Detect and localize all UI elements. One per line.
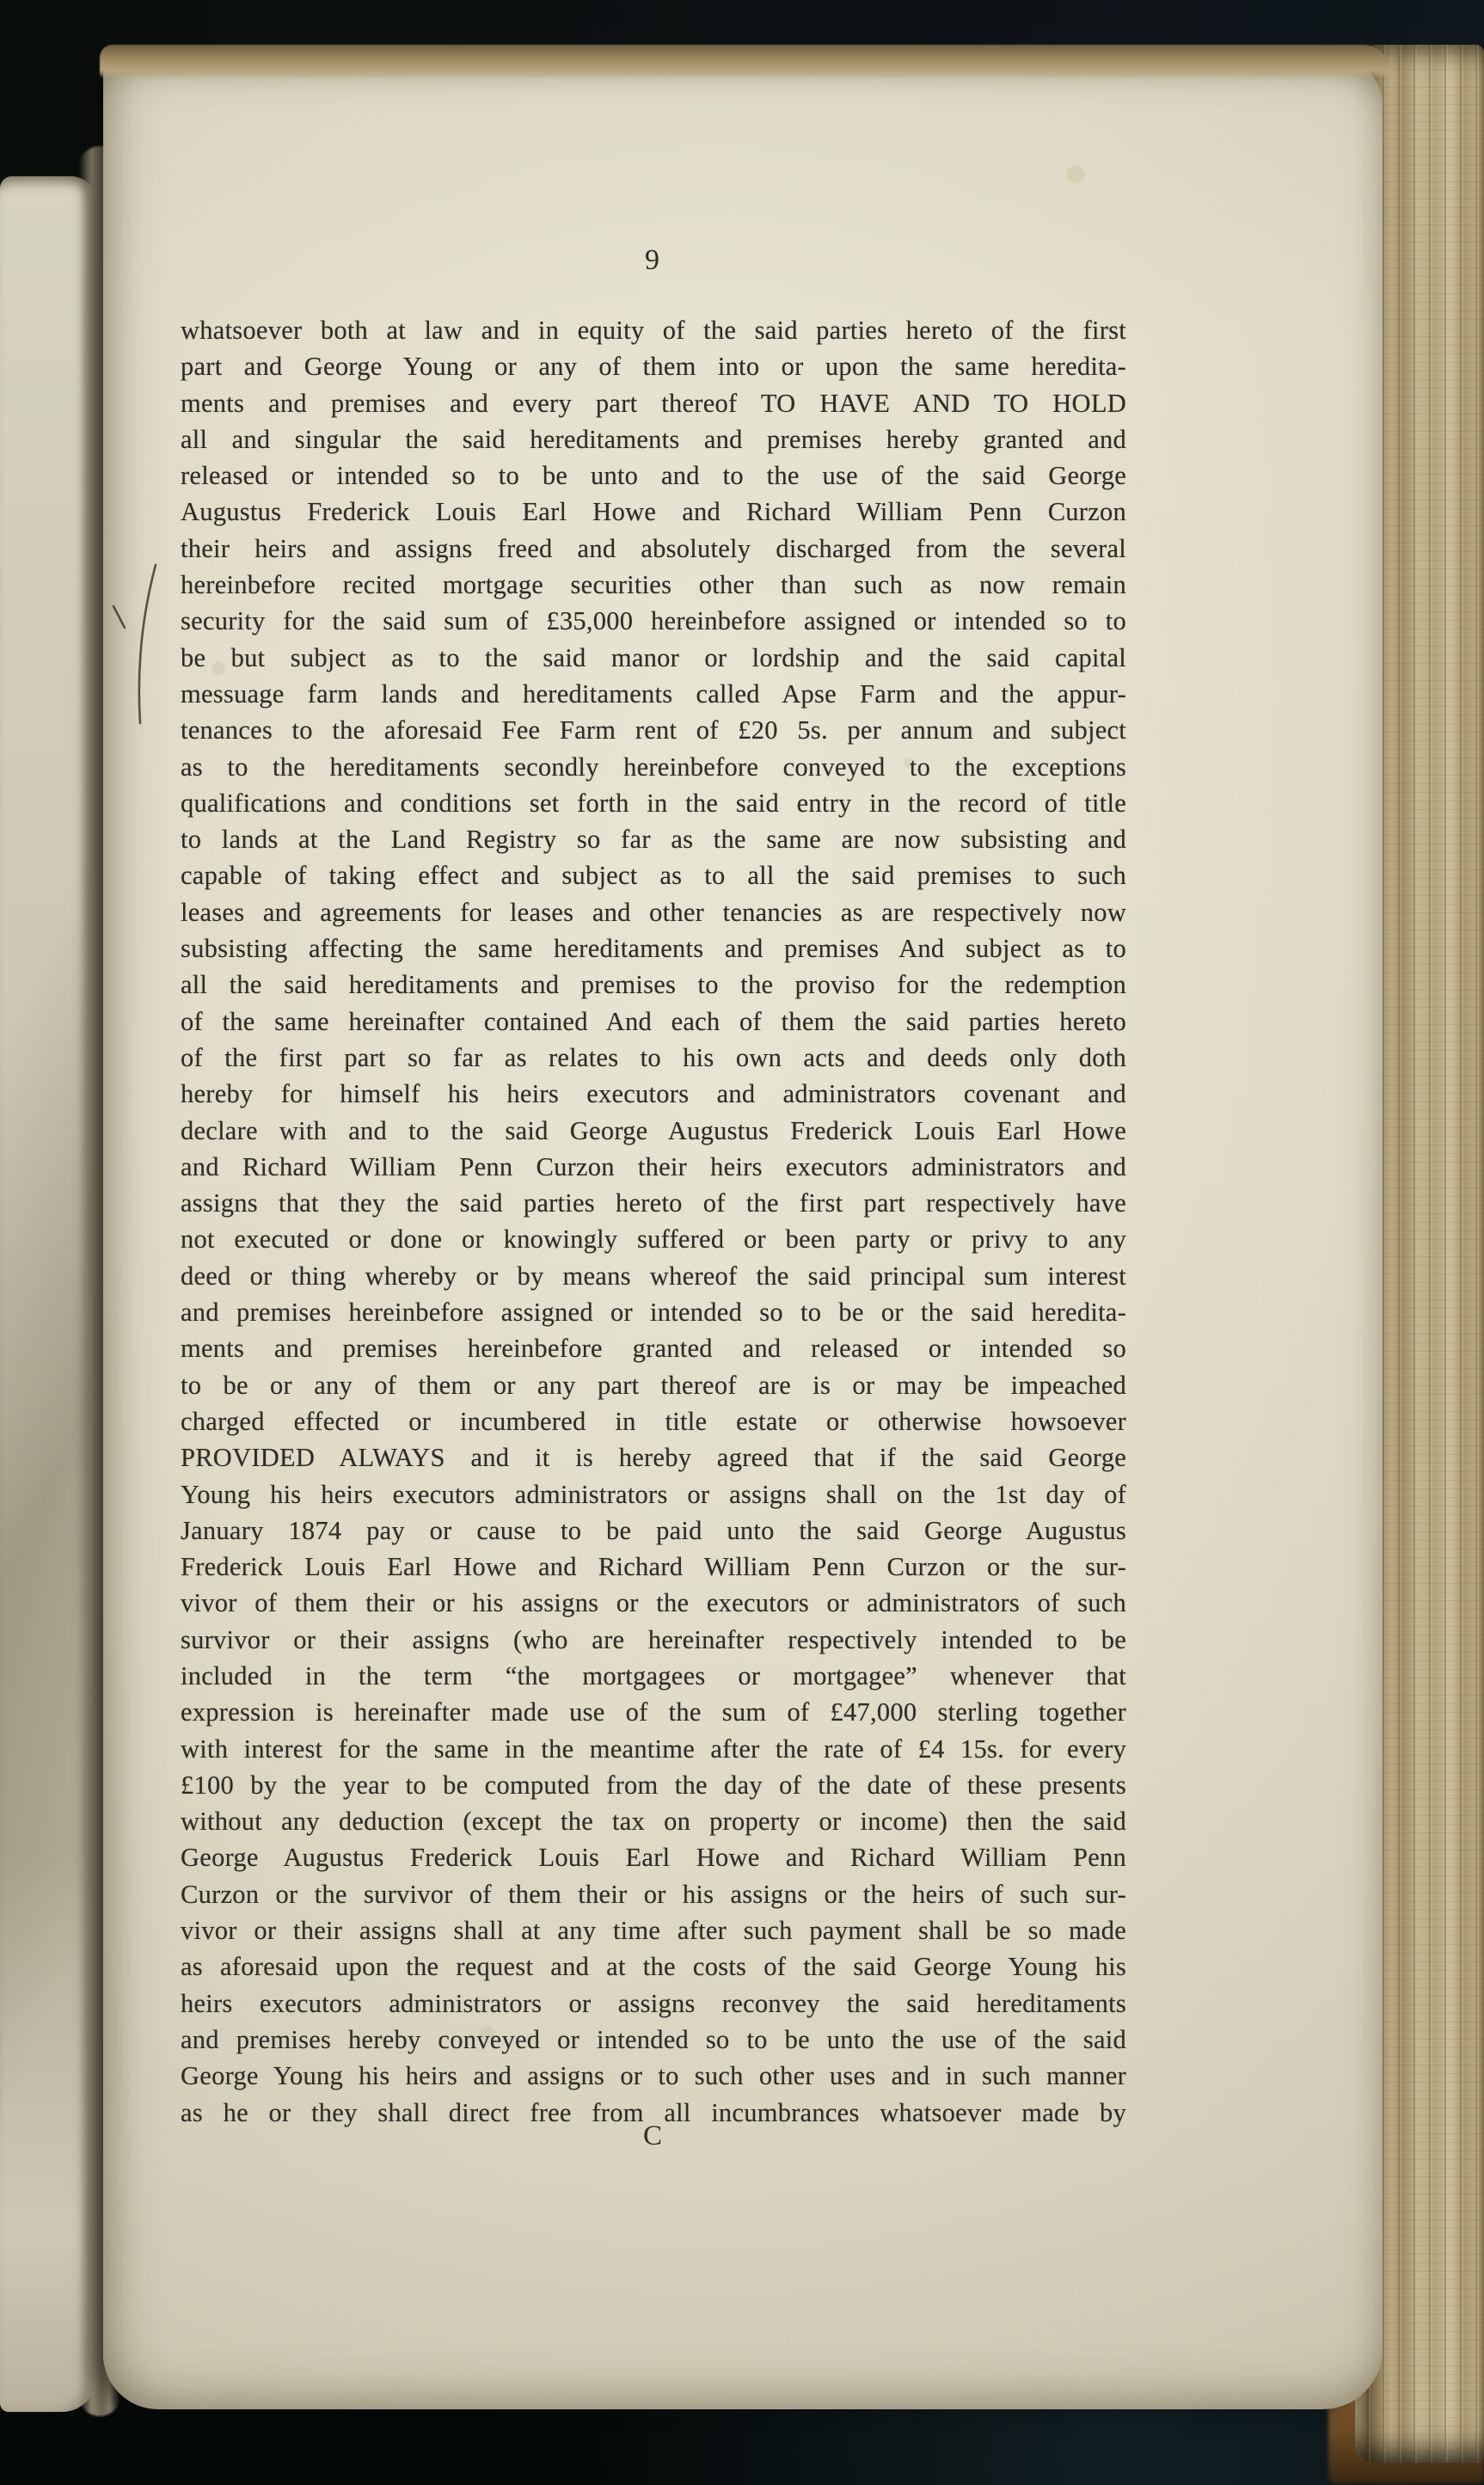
- page-number: 9: [181, 244, 1125, 277]
- text-line: deed or thing whereby or by means whereo…: [181, 1258, 1126, 1294]
- text-line: vivor of them their or his assigns or th…: [181, 1585, 1126, 1621]
- body-text-block: whatsoever both at law and in equity of …: [181, 312, 1126, 2131]
- text-line: as to the hereditaments secondly hereinb…: [181, 749, 1126, 785]
- text-line: Augustus Frederick Louis Earl Howe and R…: [181, 494, 1126, 530]
- catchword: C: [181, 2120, 1125, 2152]
- text-line: without any deduction (except the tax on…: [181, 1803, 1126, 1839]
- text-line: with interest for the same in the meanti…: [181, 1731, 1126, 1767]
- text-line: PROVIDED ALWAYS and it is hereby agreed …: [181, 1439, 1126, 1476]
- text-line: subsisting affecting the same hereditame…: [181, 930, 1126, 966]
- text-line: hereby for himself his heirs executors a…: [181, 1076, 1126, 1112]
- text-line: George Augustus Frederick Louis Earl How…: [181, 1839, 1126, 1875]
- text-line: and premises hereinbefore assigned or in…: [181, 1294, 1126, 1330]
- text-line: January 1874 pay or cause to be paid unt…: [181, 1512, 1126, 1549]
- text-line: to lands at the Land Registry so far as …: [181, 821, 1126, 857]
- text-line: part and George Young or any of them int…: [181, 348, 1126, 384]
- text-line: Young his heirs executors administrators…: [181, 1476, 1126, 1512]
- photographed-book-page: 9 whatsoever both at law and in equity o…: [0, 0, 1484, 2485]
- text-line: be but subject as to the said manor or l…: [181, 640, 1126, 676]
- text-line: capable of taking effect and subject as …: [181, 857, 1126, 893]
- text-line: charged effected or incumbered in title …: [181, 1403, 1126, 1439]
- text-line: declare with and to the said George Augu…: [181, 1113, 1126, 1149]
- text-line: Curzon or the survivor of them their or …: [181, 1876, 1126, 1912]
- text-line: vivor or their assigns shall at any time…: [181, 1912, 1126, 1948]
- text-line: qualifications and conditions set forth …: [181, 785, 1126, 821]
- margin-pen-tick: [113, 606, 125, 628]
- text-line: of the first part so far as relates to h…: [181, 1040, 1126, 1076]
- text-line: included in the term “the mortgagees or …: [181, 1658, 1126, 1694]
- text-line: whatsoever both at law and in equity of …: [181, 312, 1126, 348]
- text-line: ments and premises and every part thereo…: [181, 385, 1126, 421]
- text-line: not executed or done or knowingly suffer…: [181, 1221, 1126, 1257]
- text-line: assigns that they the said parties heret…: [181, 1185, 1126, 1221]
- text-line: all the said hereditaments and premises …: [181, 966, 1126, 1003]
- text-line: survivor or their assigns (who are herei…: [181, 1622, 1126, 1658]
- text-line: hereinbefore recited mortgage securities…: [181, 567, 1126, 603]
- text-line: tenances to the aforesaid Fee Farm rent …: [181, 712, 1126, 748]
- text-line: released or intended so to be unto and t…: [181, 457, 1126, 494]
- book-page: 9 whatsoever both at law and in equity o…: [103, 57, 1383, 2409]
- text-line: messuage farm lands and hereditaments ca…: [181, 676, 1126, 712]
- text-line: and premises hereby conveyed or intended…: [181, 2022, 1126, 2058]
- text-line: expression is hereinafter made use of th…: [181, 1694, 1126, 1730]
- text-line: to be or any of them or any part thereof…: [181, 1367, 1126, 1403]
- text-line: heirs executors administrators or assign…: [181, 1985, 1126, 2022]
- text-line: ments and premises hereinbefore granted …: [181, 1330, 1126, 1366]
- text-line: £100 by the year to be computed from the…: [181, 1767, 1126, 1803]
- margin-pen-mark: [103, 551, 198, 809]
- text-line: security for the said sum of £35,000 her…: [181, 603, 1126, 639]
- text-line: leases and agreements for leases and oth…: [181, 894, 1126, 930]
- text-line: their heirs and assigns freed and absolu…: [181, 531, 1126, 567]
- text-line: as aforesaid upon the request and at the…: [181, 1948, 1126, 1985]
- text-line: Frederick Louis Earl Howe and Richard Wi…: [181, 1549, 1126, 1585]
- margin-pen-stroke: [139, 565, 156, 723]
- text-line: George Young his heirs and assigns or to…: [181, 2058, 1126, 2094]
- text-line: and Richard William Penn Curzon their he…: [181, 1149, 1126, 1185]
- text-line: of the same hereinafter contained And ea…: [181, 1003, 1126, 1040]
- text-line: all and singular the said hereditaments …: [181, 421, 1126, 457]
